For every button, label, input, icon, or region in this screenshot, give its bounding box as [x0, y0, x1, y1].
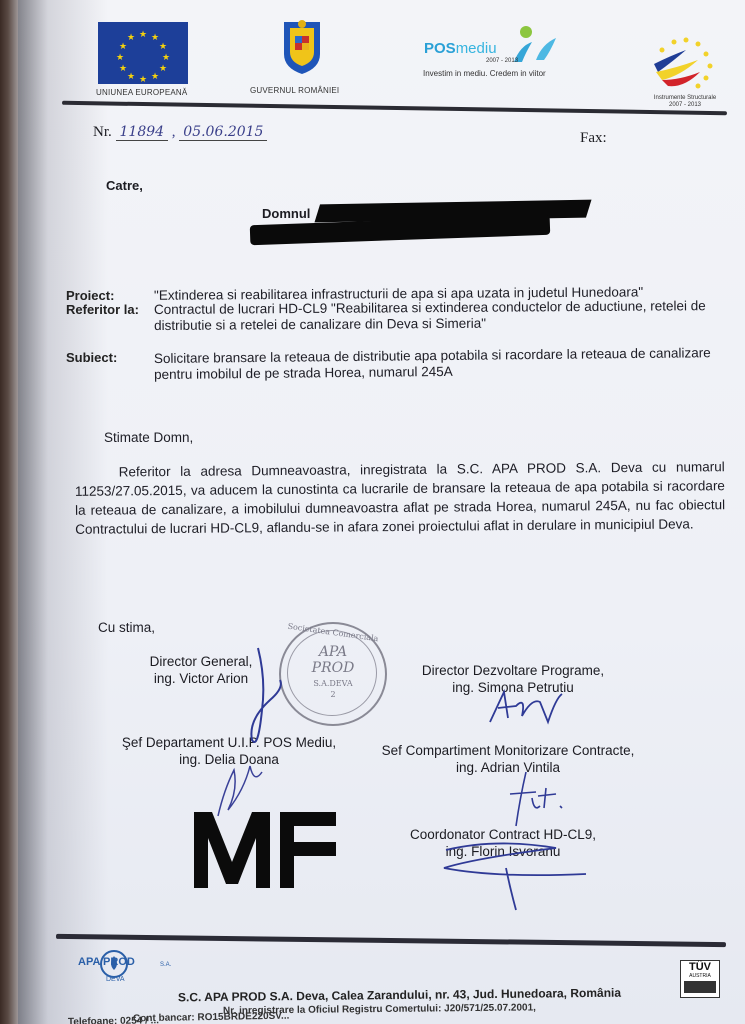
- letter-page: ★ ★ ★ ★ ★ ★ ★ ★ ★ ★ ★ ★ UNIUNEA EUROPEAN…: [18, 0, 745, 1024]
- mf-watermark-logo: [194, 812, 336, 888]
- apa-prod-logo: APA PROD S.A. DEVA: [58, 950, 178, 984]
- subject-text: Solicitare bransare la reteaua de distri…: [154, 345, 734, 383]
- signature-icon: [208, 760, 268, 820]
- signature-icon: [496, 768, 566, 828]
- footer-phones: Telefoane: 0254 / ...: [68, 1015, 159, 1024]
- subject-label: Subiect:: [66, 350, 117, 365]
- fax-label: Fax:: [580, 130, 607, 147]
- posmediu-tagline: Investim in mediu. Credem in viitor: [423, 69, 546, 78]
- is-caption: Instrumente Structurale2007 - 2013: [650, 95, 720, 109]
- instrumente-structurale-icon: [650, 36, 716, 92]
- date-handwritten: 05.06.2015: [179, 124, 267, 141]
- footer-divider: [56, 934, 726, 947]
- salutation: Stimate Domn,: [104, 430, 193, 446]
- posmediu-logo: POSmediu: [424, 40, 497, 57]
- recipient-prefix: Domnul: [262, 206, 310, 221]
- reference-text: Contractul de lucrari HD-CL9 "Reabilitar…: [154, 298, 734, 334]
- tuv-certification-logo: TÜV AUSTRIA: [680, 960, 720, 998]
- eu-caption: UNIUNEA EUROPEANĂ: [96, 88, 187, 97]
- posmediu-years: 2007 - 2013: [486, 58, 518, 64]
- signature-icon: [436, 838, 596, 918]
- coat-of-arms-icon: [280, 14, 324, 76]
- registration-number: Nr. 11894 , 05.06.2015: [93, 124, 267, 141]
- signature-icon: [240, 640, 290, 760]
- footer-address: S.C. APA PROD S.A. Deva, Calea Zarandulu…: [178, 986, 621, 1005]
- closing: Cu stima,: [98, 620, 155, 636]
- letter-body: Referitor la adresa Dumneavoastra, inreg…: [75, 457, 726, 539]
- to-label: Catre,: [106, 178, 143, 193]
- project-label: Proiect:: [66, 288, 114, 303]
- reference-label: Referitor la:: [66, 302, 139, 317]
- eu-flag-logo: ★ ★ ★ ★ ★ ★ ★ ★ ★ ★ ★ ★: [98, 22, 188, 84]
- nr-handwritten: 11894: [116, 124, 169, 141]
- header-divider: [62, 101, 727, 115]
- signature-icon: [486, 688, 566, 728]
- company-stamp: Societatea Comerciala APA PROD S.A.DEVA …: [279, 622, 387, 726]
- gov-caption: GUVERNUL ROMÂNIEI: [250, 86, 339, 95]
